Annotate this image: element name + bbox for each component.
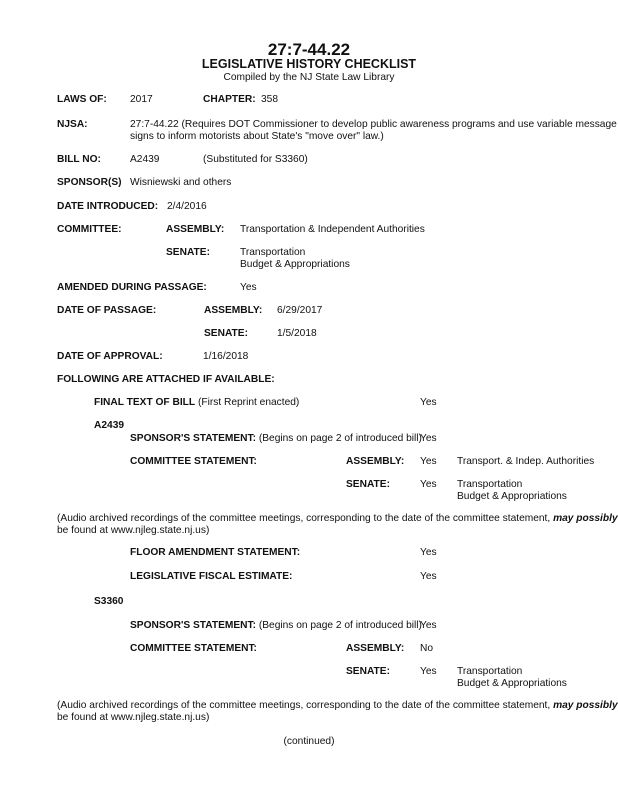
a2439-sponsor-row: SPONSOR'S STATEMENT: (Begins on page 2 o…: [130, 433, 422, 445]
s3360-senate-label: SENATE:: [346, 666, 390, 678]
a2439-assembly-label: ASSEMBLY:: [346, 456, 404, 468]
continued-note: (continued): [0, 736, 618, 748]
s3360-audio-note-line2: be found at www.njleg.state.nj.us): [57, 712, 209, 724]
s3360-sponsor-note: (Begins on page 2 of introduced bill): [259, 620, 422, 631]
laws-of-label: LAWS OF:: [57, 94, 107, 106]
a2439-sponsor-value: Yes: [420, 433, 437, 445]
a2439-sponsor-label: SPONSOR'S STATEMENT:: [130, 433, 256, 444]
s3360-senate-committee1: Transportation: [457, 666, 522, 678]
amended-value: Yes: [240, 282, 257, 294]
amended-label: AMENDED DURING PASSAGE:: [57, 282, 207, 294]
s3360-committee-label: COMMITTEE STATEMENT:: [130, 643, 257, 655]
date-introduced-value: 2/4/2016: [167, 201, 207, 213]
date-introduced-label: DATE INTRODUCED:: [57, 201, 158, 213]
bill-no-value: A2439: [130, 154, 159, 166]
floor-amendment-value: Yes: [420, 547, 437, 559]
a2439-assembly-value: Yes: [420, 456, 437, 468]
date-of-approval-value: 1/16/2018: [203, 351, 248, 363]
a2439-bill-heading: A2439: [94, 420, 124, 432]
njsa-desc-line2: signs to inform motorists about State's …: [130, 131, 384, 143]
a2439-senate-committee1: Transportation: [457, 479, 522, 491]
audio-note-text: (Audio archived recordings of the commit…: [57, 700, 553, 711]
bill-no-note: (Substituted for S3360): [203, 154, 308, 166]
final-text-value: Yes: [420, 397, 437, 409]
passage-assembly-label: ASSEMBLY:: [204, 305, 262, 317]
committee-assembly-label: ASSEMBLY:: [166, 224, 224, 236]
a2439-assembly-committee: Transport. & Indep. Authorities: [457, 456, 594, 468]
a2439-audio-note-line1: (Audio archived recordings of the commit…: [57, 513, 618, 525]
sponsors-label: SPONSOR(S): [57, 177, 122, 189]
final-text-row: FINAL TEXT OF BILL (First Reprint enacte…: [94, 397, 299, 409]
s3360-bill-heading: S3360: [94, 596, 123, 608]
committee-senate-line1: Transportation: [240, 247, 305, 259]
final-text-label: FINAL TEXT OF BILL: [94, 397, 195, 408]
audio-note-emphasis: may possibly: [553, 700, 618, 711]
fiscal-estimate-value: Yes: [420, 571, 437, 583]
date-of-passage-label: DATE OF PASSAGE:: [57, 305, 156, 317]
s3360-sponsor-label: SPONSOR'S STATEMENT:: [130, 620, 256, 631]
audio-note-emphasis: may possibly: [553, 513, 618, 524]
floor-amendment-label: FLOOR AMENDMENT STATEMENT:: [130, 547, 300, 559]
s3360-sponsor-value: Yes: [420, 620, 437, 632]
committee-label: COMMITTEE:: [57, 224, 122, 236]
passage-senate-label: SENATE:: [204, 328, 248, 340]
passage-senate-value: 1/5/2018: [277, 328, 317, 340]
s3360-senate-value: Yes: [420, 666, 437, 678]
chapter-value: 358: [261, 94, 278, 106]
final-text-note: (First Reprint enacted): [198, 397, 299, 408]
passage-assembly-value: 6/29/2017: [277, 305, 322, 317]
committee-senate-line2: Budget & Appropriations: [240, 259, 350, 271]
njsa-desc-line1: 27:7-44.22 (Requires DOT Commissioner to…: [130, 119, 617, 131]
a2439-audio-note-line2: be found at www.njleg.state.nj.us): [57, 525, 209, 537]
s3360-senate-committee2: Budget & Appropriations: [457, 678, 567, 690]
sponsors-value: Wisniewski and others: [130, 177, 231, 189]
s3360-audio-note-line1: (Audio archived recordings of the commit…: [57, 700, 618, 712]
s3360-sponsor-row: SPONSOR'S STATEMENT: (Begins on page 2 o…: [130, 620, 422, 632]
fiscal-estimate-label: LEGISLATIVE FISCAL ESTIMATE:: [130, 571, 292, 583]
bill-no-label: BILL NO:: [57, 154, 101, 166]
a2439-senate-value: Yes: [420, 479, 437, 491]
committee-assembly-value: Transportation & Independent Authorities: [240, 224, 425, 236]
a2439-senate-label: SENATE:: [346, 479, 390, 491]
a2439-sponsor-note: (Begins on page 2 of introduced bill): [259, 433, 422, 444]
committee-senate-label: SENATE:: [166, 247, 210, 259]
chapter-label: CHAPTER:: [203, 94, 256, 106]
s3360-assembly-value: No: [420, 643, 433, 655]
audio-note-text: (Audio archived recordings of the commit…: [57, 513, 553, 524]
checklist-title: LEGISLATIVE HISTORY CHECKLIST: [0, 57, 618, 72]
s3360-assembly-label: ASSEMBLY:: [346, 643, 404, 655]
a2439-senate-committee2: Budget & Appropriations: [457, 491, 567, 503]
laws-of-value: 2017: [130, 94, 153, 106]
njsa-label: NJSA:: [57, 119, 88, 131]
a2439-committee-label: COMMITTEE STATEMENT:: [130, 456, 257, 468]
attached-heading: FOLLOWING ARE ATTACHED IF AVAILABLE:: [57, 374, 275, 386]
compiled-by: Compiled by the NJ State Law Library: [0, 72, 618, 84]
date-of-approval-label: DATE OF APPROVAL:: [57, 351, 163, 363]
